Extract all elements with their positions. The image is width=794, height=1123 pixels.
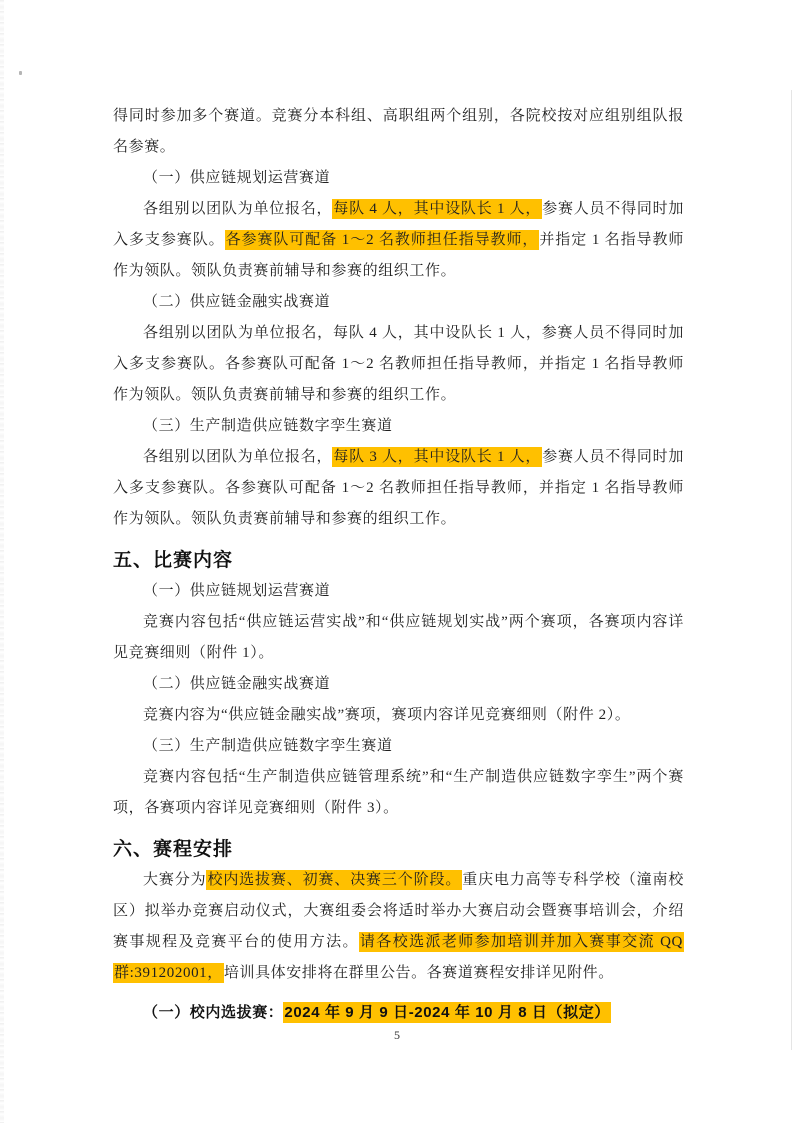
highlight-team-size-3: 每队 3 人，其中设队长 1 人， [332,447,542,467]
schedule-item-campus-selection: （一）校内选拔赛：2024 年 9 月 9 日-2024 年 10 月 8 日（… [113,997,684,1028]
subheading-track-3: （三）生产制造供应链数字孪生赛道 [113,411,684,442]
subheading-content-track-3: （三）生产制造供应链数字孪生赛道 [113,731,684,762]
document-page: 得同时参加多个赛道。竞赛分本科组、高职组两个组别，各院校按对应组别组队报名参赛。… [0,0,794,1123]
paragraph-intro: 得同时参加多个赛道。竞赛分本科组、高职组两个组别，各院校按对应组别组队报名参赛。 [113,101,684,163]
paragraph-track-3-rules: 各组别以团队为单位报名，每队 3 人，其中设队长 1 人，参赛人员不得同时加入多… [113,442,684,535]
document-content: 得同时参加多个赛道。竞赛分本科组、高职组两个组别，各院校按对应组别组队报名参赛。… [113,101,684,1028]
text-run: 各组别以团队为单位报名， [143,449,332,465]
highlight-coach-allowance: 各参赛队可配备 1～2 名教师担任指导教师， [225,230,540,250]
paragraph-content-track-1: 竞赛内容包括“供应链运营实战”和“供应链规划实战”两个赛项，各赛项内容详见竞赛细… [113,607,684,669]
highlight-three-stages: 校内选拔赛、初赛、决赛三个阶段。 [206,870,462,890]
paragraph-track-2-rules: 各组别以团队为单位报名，每队 4 人，其中设队长 1 人，参赛人员不得同时加入多… [113,318,684,411]
paragraph-schedule-overview: 大赛分为校内选拔赛、初赛、决赛三个阶段。重庆电力高等专科学校（潼南校区）拟举办竞… [113,865,684,989]
text-run: 大赛分为 [143,872,206,888]
subheading-content-track-2: （二）供应链金融实战赛道 [113,669,684,700]
highlight-selection-date: 2024 年 9 月 9 日-2024 年 10 月 8 日（拟定） [283,1002,611,1023]
paragraph-track-1-rules: 各组别以团队为单位报名，每队 4 人，其中设队长 1 人，参赛人员不得同时加入多… [113,194,684,287]
schedule-item-label: （一）校内选拔赛： [143,1004,283,1021]
highlight-team-size-4: 每队 4 人，其中设队长 1 人， [332,199,542,219]
text-run: 各组别以团队为单位报名， [143,201,332,217]
subheading-track-1: （一）供应链规划运营赛道 [113,163,684,194]
paragraph-content-track-2: 竞赛内容为“供应链金融实战”赛项，赛项内容详见竞赛细则（附件 2）。 [113,700,684,731]
text-run: 培训具体安排将在群里公告。各赛道赛程安排详见附件。 [224,965,614,981]
section-heading-competition-content: 五、比赛内容 [113,545,684,576]
section-heading-schedule: 六、赛程安排 [113,834,684,865]
scan-artifact-dot [19,71,22,75]
paragraph-content-track-3: 竞赛内容包括“生产制造供应链管理系统”和“生产制造供应链数字孪生”两个赛项，各赛… [113,762,684,824]
scan-artifact-left-edge [0,0,4,1123]
page-number: 5 [0,1028,794,1043]
scan-artifact-right-edge [791,90,792,1050]
subheading-track-2: （二）供应链金融实战赛道 [113,287,684,318]
subheading-content-track-1: （一）供应链规划运营赛道 [113,576,684,607]
